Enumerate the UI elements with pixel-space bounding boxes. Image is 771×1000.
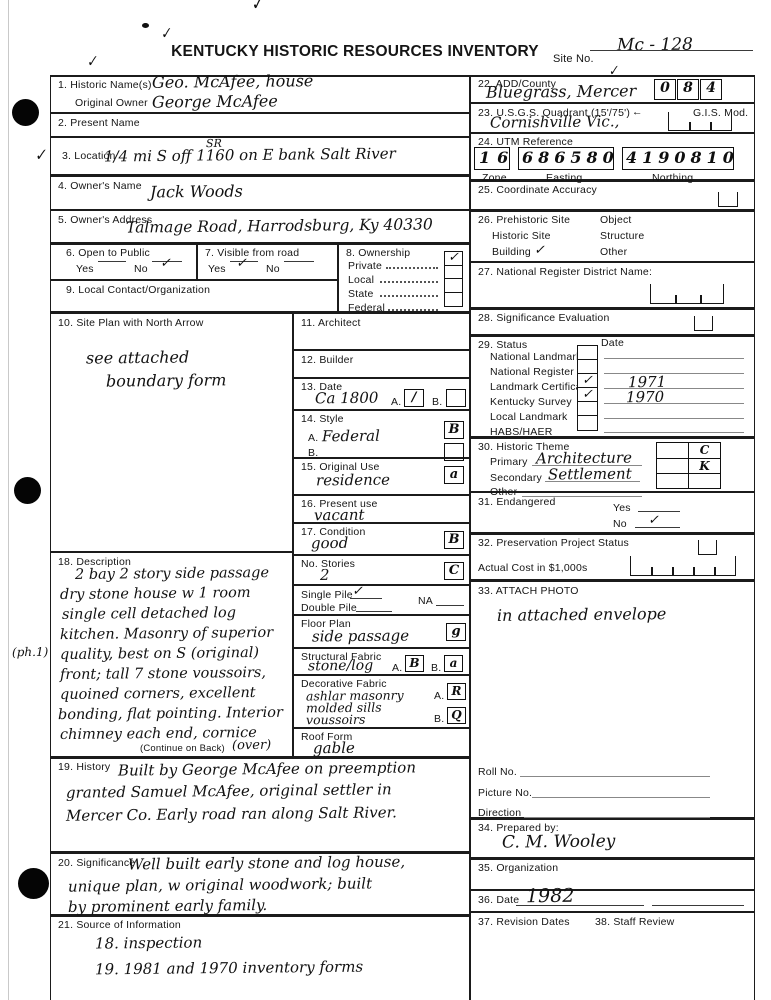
add-code-cell: 4 [700, 79, 722, 100]
pen-mark [142, 23, 149, 28]
field-11-label: 11. Architect [301, 317, 361, 329]
status-item-label: Landmark Certificate [490, 381, 591, 393]
status-item-label: National Landmark [490, 351, 582, 363]
endangered-no-check: ✓ [648, 513, 659, 528]
field-20-label: 20. Significance [58, 857, 135, 869]
decorative-b-box: Q [447, 707, 466, 724]
field-21-label: 21. Source of Information [58, 919, 181, 931]
status-date-line [604, 373, 744, 374]
field-33-value: in attached envelope [497, 604, 666, 625]
theme-secondary-line [545, 481, 640, 482]
field-34-value: C. M. Wooley [502, 831, 616, 852]
utm-northing-cells: 4190810 [622, 147, 734, 170]
description-line: 2 bay 2 story side passage [75, 565, 269, 583]
site-no-line [590, 50, 753, 51]
field-29-label: 29. Status [478, 339, 527, 351]
floor-plan-value: side passage [312, 626, 409, 645]
field-6-yes-label: Yes [76, 263, 94, 275]
field-7-no-line [284, 261, 314, 262]
decorative-b-label: B. [434, 713, 444, 725]
preservation-status-cell [698, 540, 717, 555]
object-label: Object [600, 214, 632, 226]
history-line: granted Samuel McAfee, original settler … [66, 780, 392, 801]
field-10-label: 10. Site Plan with North Arrow [58, 317, 203, 329]
field-13-b-box [446, 389, 466, 407]
field-13-a-label: A. [391, 396, 401, 408]
status-date-line [604, 432, 744, 433]
field-15-box: a [444, 466, 464, 484]
ownership-local-label: Local [348, 274, 374, 286]
actual-cost-cells [630, 556, 736, 576]
field-18-margin-note: (ph.1) [12, 645, 48, 659]
theme-primary-label: Primary [490, 456, 528, 468]
status-checkbox [577, 415, 598, 431]
double-pile-line [356, 611, 392, 612]
field-7-yes-label: Yes [208, 263, 226, 275]
utm-northing-label: Northing [652, 172, 693, 184]
field-6-yes-line [98, 261, 126, 262]
actual-cost-label: Actual Cost in $1,000s [478, 562, 587, 574]
field-23-value: Cornishville Vic., [490, 112, 619, 131]
hole-punch [14, 477, 41, 504]
coordinate-accuracy-cell [718, 192, 738, 207]
field-7-yes-check: ✓ [236, 256, 247, 271]
decorative-a-box: R [447, 683, 466, 700]
status-date-line [604, 418, 744, 419]
significance-line: Well built early stone and log house, [128, 853, 405, 874]
status-item-label: HABS/HAER [490, 426, 552, 438]
structural-a-label: A. [392, 662, 402, 674]
endangered-no-label: No [613, 518, 627, 530]
other-site-label: Other [600, 246, 627, 258]
field-32-label: 32. Preservation Project Status [478, 537, 629, 549]
decorative-a-label: A. [434, 690, 444, 702]
description-line: dry stone house w 1 room [60, 585, 251, 603]
status-check: ✓ [582, 373, 593, 388]
field-12-label: 12. Builder [301, 354, 353, 366]
endangered-yes-label: Yes [613, 502, 631, 514]
field-38-label: 38. Staff Review [595, 916, 674, 928]
prehistoric-site-label: 26. Prehistoric Site [478, 214, 570, 226]
nr-district-cells [650, 284, 724, 304]
field-13-value: Ca 1800 [315, 389, 379, 408]
description-line: kitchen. Masonry of superior [60, 625, 273, 643]
field-19-label: 19. History [58, 761, 110, 773]
roof-form-value: gable [313, 739, 355, 757]
ownership-federal-label: Federal [348, 302, 385, 314]
direction-line [524, 817, 710, 818]
picture-no-line [532, 797, 710, 798]
utm-easting-label: Easting [546, 172, 582, 184]
field-17-box: B [444, 531, 464, 549]
double-pile-label: Double Pile [301, 602, 357, 614]
field-28-label: 28. Significance Evaluation [478, 312, 609, 324]
structure-label: Structure [600, 230, 644, 242]
field-9-label: 9. Local Contact/Organization [66, 284, 210, 296]
structural-b-label: B. [431, 662, 441, 674]
site-no-label: Site No. [553, 53, 594, 65]
field-14-b-box [444, 443, 464, 461]
original-owner-label: Original Owner [75, 97, 148, 109]
theme-grid-cell [688, 473, 721, 489]
field-31-label: 31. Endangered [478, 496, 556, 508]
field-36-value: 1982 [526, 885, 575, 908]
scanned-form-page: ✓ ✓ ✓ KENTUCKY HISTORIC RESOURCES INVENT… [0, 0, 771, 1000]
utm-zone-label: Zone [482, 172, 507, 184]
field-6-no-check: ✓ [160, 256, 171, 271]
field-22-value: Bluegrass, Mercer [486, 81, 636, 102]
single-pile-label: Single Pile [301, 589, 353, 601]
ownership-private-check: ✓ [448, 250, 459, 265]
field-14-a-label: A. [308, 432, 318, 444]
field-4-value: Jack Woods [150, 182, 243, 202]
significance-line: by prominent early family. [68, 896, 267, 916]
building-check: ✓ [534, 243, 545, 258]
status-date-line [604, 403, 744, 404]
field-17-value: good [311, 534, 348, 552]
endangered-yes-line [638, 511, 680, 512]
status-date-line [604, 358, 744, 359]
utm-easting-cells: 686580 [518, 147, 614, 170]
field-10-line1: see attached [86, 347, 189, 367]
source-line: 18. inspection [95, 933, 202, 952]
original-owner-value: George McAfee [152, 91, 278, 111]
theme-grid-cell [656, 442, 689, 458]
field-36-label: 36. Date [478, 894, 519, 906]
field-1-value: Geo. McAfee, house [152, 71, 314, 92]
hole-punch [18, 868, 49, 899]
pen-mark: ✓ [247, 0, 267, 16]
add-code-cell: 8 [677, 79, 699, 100]
gis-mod-cells [668, 112, 732, 131]
structural-fabric-value: stone/log [308, 658, 373, 675]
field-7-no-label: No [266, 263, 280, 275]
field-14-b-label: B. [308, 447, 318, 459]
stories-value: 2 [320, 566, 330, 584]
description-line: front; tall 7 stone voussoirs, [60, 665, 266, 683]
field-13-b-label: B. [432, 396, 442, 408]
historic-site-label: Historic Site [492, 230, 551, 242]
field-3-value: 1/4 mi S off 1160 on E bank Salt River [104, 144, 396, 165]
page-title: KENTUCKY HISTORIC RESOURCES INVENTORY [135, 43, 575, 61]
ownership-federal-checkbox [444, 292, 463, 307]
field-10-line2: boundary form [106, 370, 227, 390]
field-4-label: 4. Owner's Name [58, 180, 142, 192]
field-5-value: Talmage Road, Harrodsburg, Ky 40330 [126, 215, 433, 236]
status-item-label: Kentucky Survey [490, 396, 572, 408]
pen-check: ✓ [33, 145, 49, 165]
site-no-value: Mc - 128 [617, 35, 693, 56]
hole-punch [12, 99, 39, 126]
utm-zone-cells: 16 [474, 147, 510, 170]
left-arrow-mark: ← [632, 106, 643, 118]
floor-plan-box-letter: g [446, 623, 466, 641]
field-1-label: 1. Historic Name(s) [58, 79, 152, 91]
theme-secondary-label: Secondary [490, 472, 542, 484]
add-code-cell: 0 [654, 79, 676, 100]
over-note: (over) [232, 738, 271, 753]
description-line: bonding, flat pointing. Interior [58, 705, 283, 723]
status-item-label: National Register [490, 366, 574, 378]
status-date-value: 1970 [626, 388, 664, 406]
status-check: ✓ [582, 387, 593, 402]
field-15-value: residence [316, 471, 390, 490]
history-line: Mercer Co. Early road ran along Salt Riv… [66, 803, 397, 824]
field-7-label: 7. Visible from road [205, 247, 299, 259]
leader-dots [380, 280, 438, 283]
pen-mark: ✓ [158, 25, 173, 43]
field-37-label: 37. Revision Dates [478, 916, 570, 928]
status-item-label: Local Landmark [490, 411, 568, 423]
description-line: quoined corners, excellent [60, 685, 256, 703]
pen-check: ✓ [607, 63, 621, 80]
ownership-state-label: State [348, 288, 374, 300]
field-14-label: 14. Style [301, 413, 344, 425]
scan-edge-line [8, 0, 9, 1000]
field-8-label: 8. Ownership [346, 247, 410, 259]
pen-mark: ✓ [84, 53, 99, 71]
date-line [516, 905, 644, 906]
continue-on-back-label: (Continue on Back) [140, 743, 225, 754]
ownership-private-label: Private [348, 260, 382, 272]
field-14-a-value: Federal [322, 427, 380, 446]
field-35-label: 35. Organization [478, 862, 558, 874]
roll-no-label: Roll No. [478, 766, 517, 778]
field-16-value: vacant [314, 506, 365, 525]
decorative-line: voussoirs [306, 712, 366, 728]
date-line-2 [652, 905, 744, 906]
stories-box-letter: C [444, 562, 464, 580]
building-label: Building [492, 246, 531, 258]
field-6-no-label: No [134, 263, 148, 275]
field-25-label: 25. Coordinate Accuracy [478, 184, 597, 196]
description-line: chimney each end, cornice [60, 725, 257, 743]
picture-no-label: Picture No. [478, 787, 532, 799]
field-27-label: 27. National Register District Name: [478, 266, 652, 278]
field-2-label: 2. Present Name [58, 117, 140, 129]
roll-no-line [520, 776, 710, 777]
direction-label: Direction [478, 807, 521, 819]
structural-a-box: B [405, 655, 424, 672]
field-33-label: 33. ATTACH PHOTO [478, 585, 579, 597]
source-line: 19. 1981 and 1970 inventory forms [95, 958, 363, 979]
history-line: Built by George McAfee on preemption [118, 758, 416, 779]
description-line: single cell detached log [62, 605, 236, 623]
significance-line: unique plan, w original woodwork; built [68, 874, 372, 895]
leader-dots [388, 308, 438, 311]
theme-grid-cell: C [688, 442, 721, 458]
na-label: NA [418, 595, 433, 607]
single-pile-check: ✓ [352, 584, 363, 599]
single-pile-line [350, 598, 382, 599]
theme-grid-cell [656, 473, 689, 489]
field-6-label: 6. Open to Public [66, 247, 150, 259]
description-line: quality, best on S (original) [60, 645, 259, 663]
field-13-a-box: / [404, 389, 424, 407]
significance-eval-cell [694, 316, 713, 331]
structural-b-box: a [444, 655, 463, 672]
leader-dots [386, 266, 438, 269]
status-date-header: Date [601, 337, 624, 349]
field-14-a-box: B [444, 421, 464, 439]
na-line [436, 605, 464, 606]
leader-dots [380, 294, 438, 297]
